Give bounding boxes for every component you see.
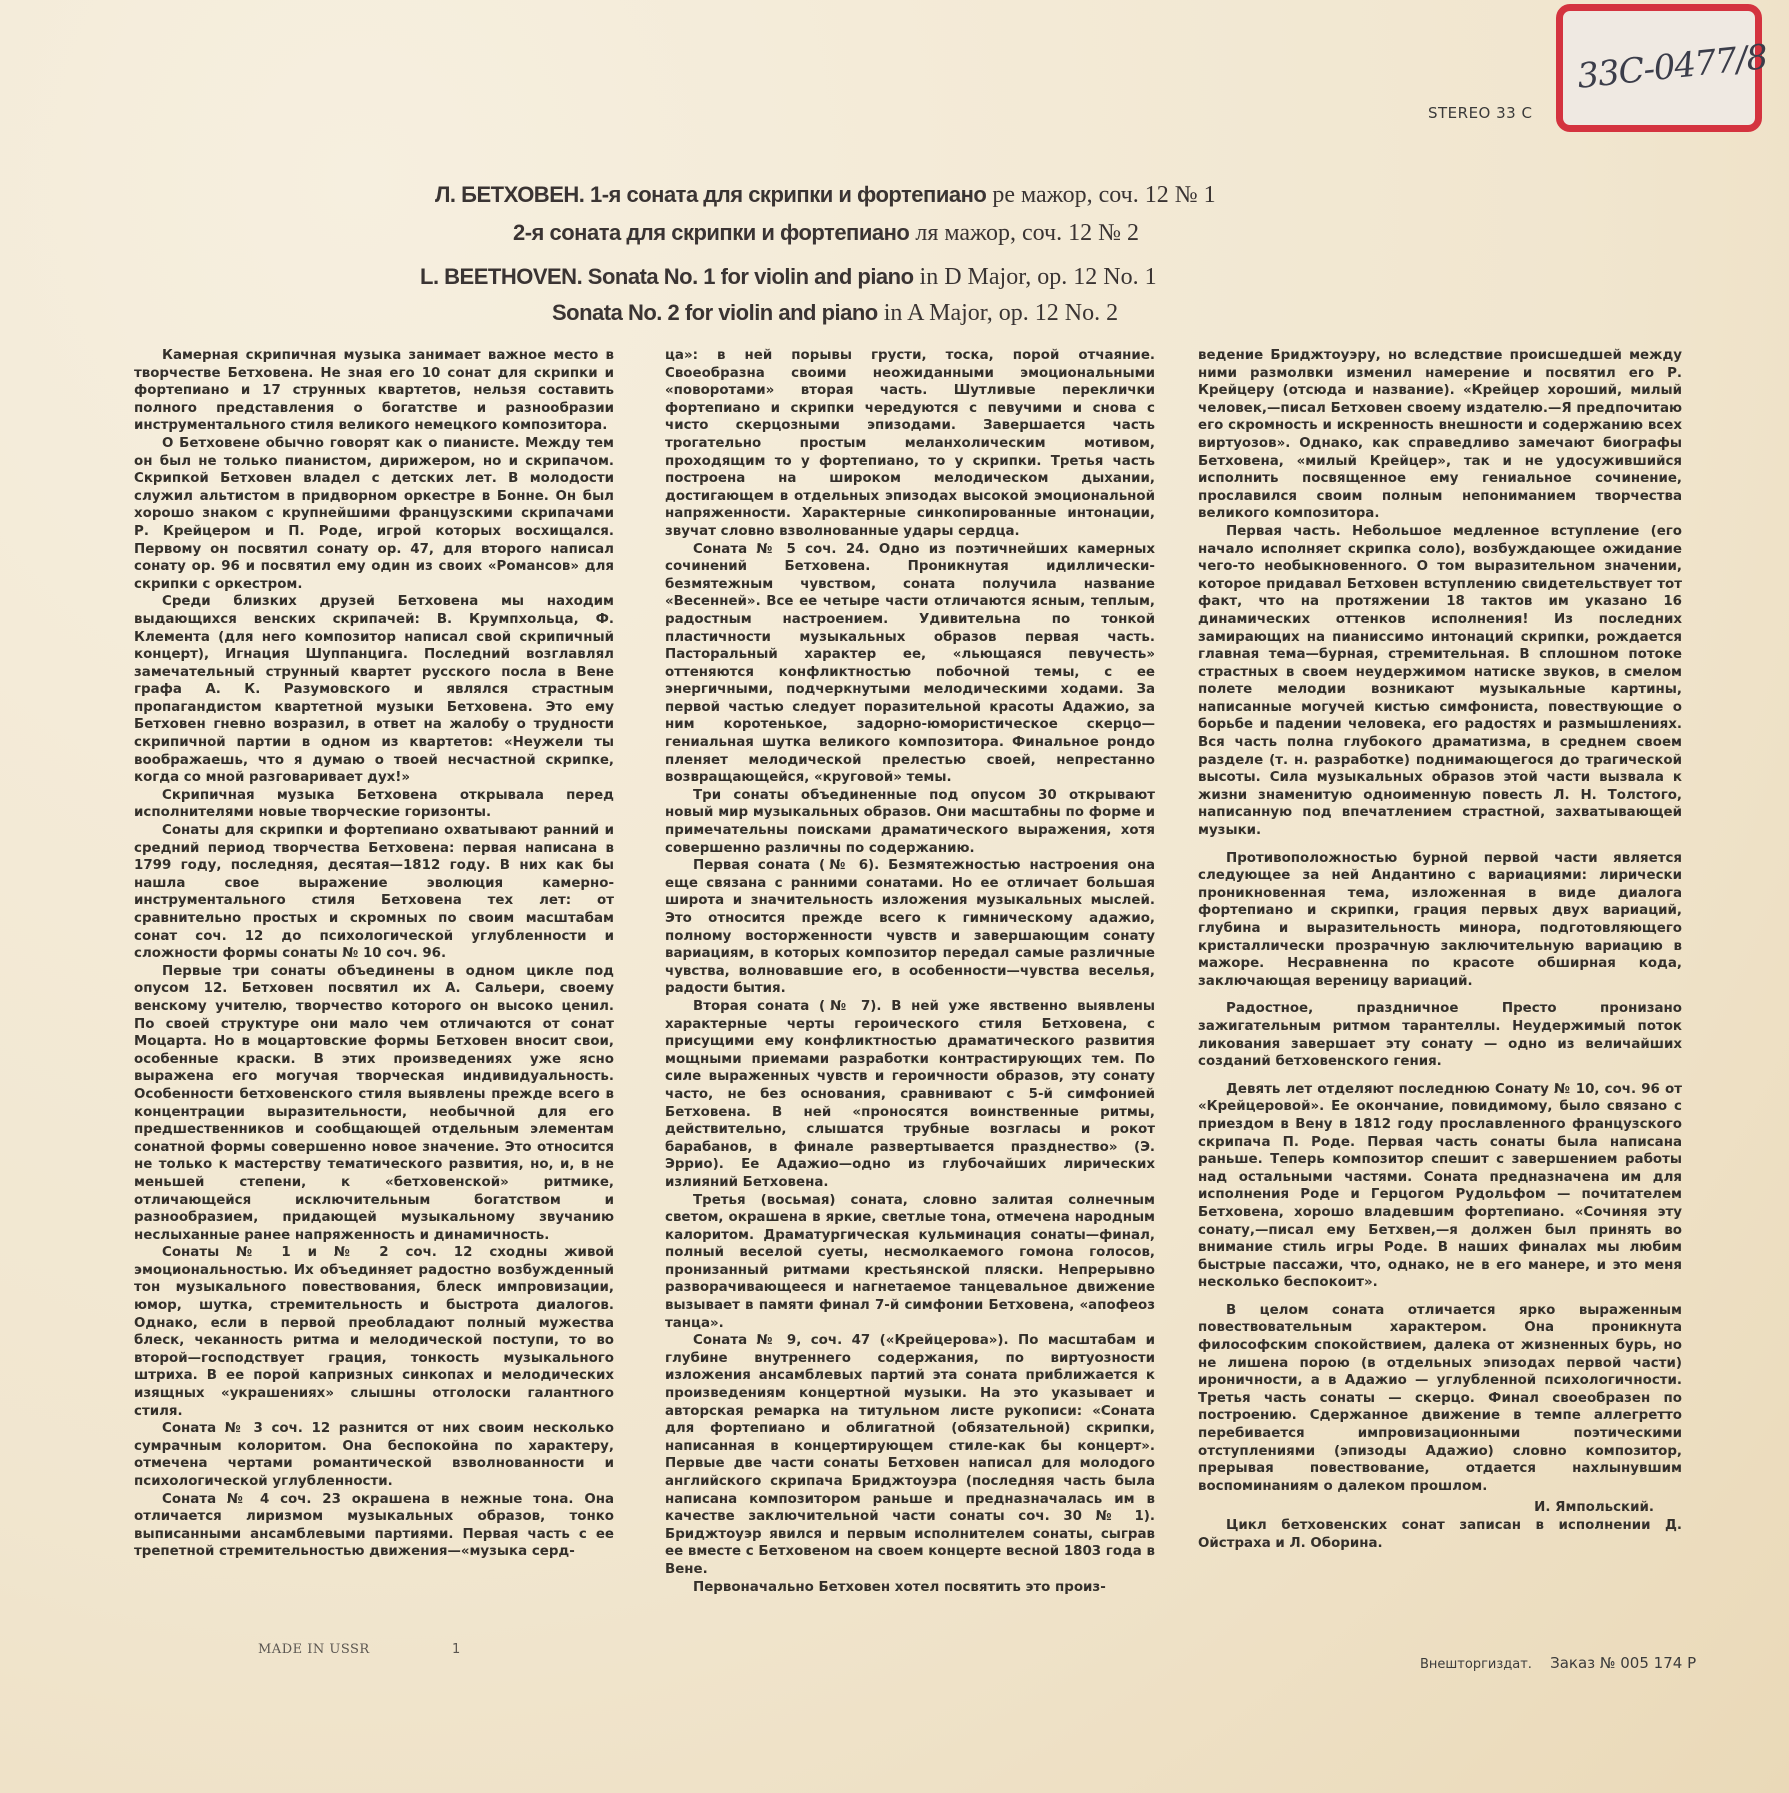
sonata-heading: Вторая соната (№ 7). [693, 999, 882, 1014]
paragraph: Первая часть. Небольшое медленное вступл… [1198, 523, 1682, 840]
paragraph: Сонаты № 1 и № 2 соч. 12 сходны живой эм… [134, 1244, 614, 1420]
author-signature: И. Ямпольский. [1198, 1499, 1682, 1517]
en-title-2-regular: in A Major, op. 12 No. 2 [884, 300, 1118, 326]
en-title-1-bold: L. BEETHOVEN. Sonata No. 1 for violin an… [420, 264, 914, 289]
catalog-code: 33С-0477/8 [1575, 37, 1769, 97]
ru-title-1-bold: Л. БЕТХОВЕН. 1-я соната для скрипки и фо… [435, 182, 986, 207]
paragraph: В целом соната отличается ярко выраженны… [1198, 1302, 1682, 1496]
paragraph: Среди близких друзей Бетховена мы находи… [134, 593, 614, 787]
paragraph: Вторая соната (№ 7). В ней уже явственно… [665, 998, 1155, 1192]
sonata-heading: Соната № 3 [162, 1421, 263, 1436]
sonata-heading: Три сонаты [693, 788, 789, 803]
made-in-label: MADE IN USSR [258, 1642, 370, 1657]
order-number: Заказ № 005 174 Р [1550, 1654, 1696, 1672]
sonata-heading: Соната № 4 [162, 1492, 269, 1507]
sonata-heading: Соната № 5 [693, 542, 796, 557]
page-number: 1 [452, 1642, 460, 1657]
en-title-line-1: L. BEETHOVEN. Sonata No. 1 for violin an… [420, 264, 1157, 291]
ru-title-2-bold: 2-я соната для скрипки и фортепиано [513, 220, 909, 245]
en-title-1-regular: in D Major, op. 12 No. 1 [920, 264, 1157, 290]
en-title-line-2: Sonata No. 2 for violin and piano in A M… [552, 300, 1118, 327]
paragraph-text: Безмятежностью настроения она еще связан… [665, 858, 1155, 996]
paragraph-text: соч. 12 сходны живой эмоциональностью. И… [134, 1245, 614, 1418]
ru-title-line-1: Л. БЕТХОВЕН. 1-я соната для скрипки и фо… [435, 182, 1216, 209]
paragraph: Соната № 9, соч. 47 («Крейцерова»). По м… [665, 1332, 1155, 1578]
paragraph: Первоначально Бетховен хотел посвятить э… [665, 1579, 1155, 1597]
format-label: STEREO 33 С [1428, 104, 1532, 122]
publisher-info: Внешторгиздат. Заказ № 005 174 Р [1420, 1654, 1696, 1672]
paragraph: Первая соната (№ 6). Безмятежностью наст… [665, 857, 1155, 998]
sonata-heading: Сонаты № 1 и № 2 [162, 1245, 389, 1260]
paragraph-text: По масштабам и глубине внутреннего содер… [665, 1333, 1155, 1577]
paragraph: ца»: в ней порывы грусти, тоска, порой о… [665, 347, 1155, 541]
sonata-heading: Третья (восьмая) соната, [693, 1193, 908, 1208]
paragraph: Третья (восьмая) соната, словно залитая … [665, 1192, 1155, 1333]
paragraph: ведение Бриджтоуэру, но вследствие проис… [1198, 347, 1682, 523]
catalog-sticker: 33С-0477/8 [1556, 4, 1762, 132]
en-title-2-bold: Sonata No. 2 for violin and piano [552, 300, 878, 325]
paragraph: Противоположностью бурной первой части я… [1198, 850, 1682, 991]
text-column-2: ца»: в ней порывы грусти, тоска, порой о… [665, 347, 1155, 1596]
paragraph: Сонаты для скрипки и фортепиано охватыва… [134, 822, 614, 963]
text-column-1: Камерная скрипичная музыка занимает важн… [134, 347, 614, 1561]
ru-title-1-regular: ре мажор, соч. 12 № 1 [992, 182, 1215, 208]
paragraph: Цикл бетховенских сонат записан в исполн… [1198, 1517, 1682, 1552]
paragraph-text: Девять лет отделяют последнюю [1226, 1082, 1495, 1097]
text-column-3: ведение Бриджтоуэру, но вследствие проис… [1198, 347, 1682, 1552]
paragraph: Соната № 3 соч. 12 разнится от них своим… [134, 1420, 614, 1490]
paragraph: Соната № 5 соч. 24. Одно из поэтичнейших… [665, 541, 1155, 787]
paragraph-text: В ней уже явственно выявлены характерные… [665, 999, 1155, 1190]
paragraph-text: от «Крейцеровой». Ее окончание, повидимо… [1198, 1082, 1682, 1291]
paragraph: Первые три сонаты объединены в одном цик… [134, 963, 614, 1245]
sonata-heading: Соната № 9, соч. 47 («Крейцерова»). [693, 1333, 1009, 1348]
publisher: Внешторгиздат. [1420, 1657, 1532, 1672]
paragraph: О Бетховене обычно говорят как о пианист… [134, 435, 614, 593]
sonata-heading: Сонату № 10, соч. 96 [1495, 1082, 1660, 1097]
paragraph-text: соч. 24. Одно из поэтичнейших камерных с… [665, 542, 1155, 786]
sonata-heading: Первая соната (№ 6). [693, 858, 879, 873]
ru-title-2-regular: ля мажор, соч. 12 № 2 [915, 220, 1139, 246]
paragraph: Девять лет отделяют последнюю Сонату № 1… [1198, 1081, 1682, 1292]
paragraph: Радостное, праздничное Престо пронизано … [1198, 1000, 1682, 1070]
paragraph: Соната № 4 соч. 23 окрашена в нежные тон… [134, 1491, 614, 1561]
paragraph: Скрипичная музыка Бетховена открывала пе… [134, 787, 614, 822]
paragraph: Камерная скрипичная музыка занимает важн… [134, 347, 614, 435]
paragraph-text: словно залитая солнечным светом, окрашен… [665, 1193, 1155, 1331]
ru-title-line-2: 2-я соната для скрипки и фортепиано ля м… [513, 220, 1139, 247]
paragraph: Три сонаты объединенные под опусом 30 от… [665, 787, 1155, 857]
